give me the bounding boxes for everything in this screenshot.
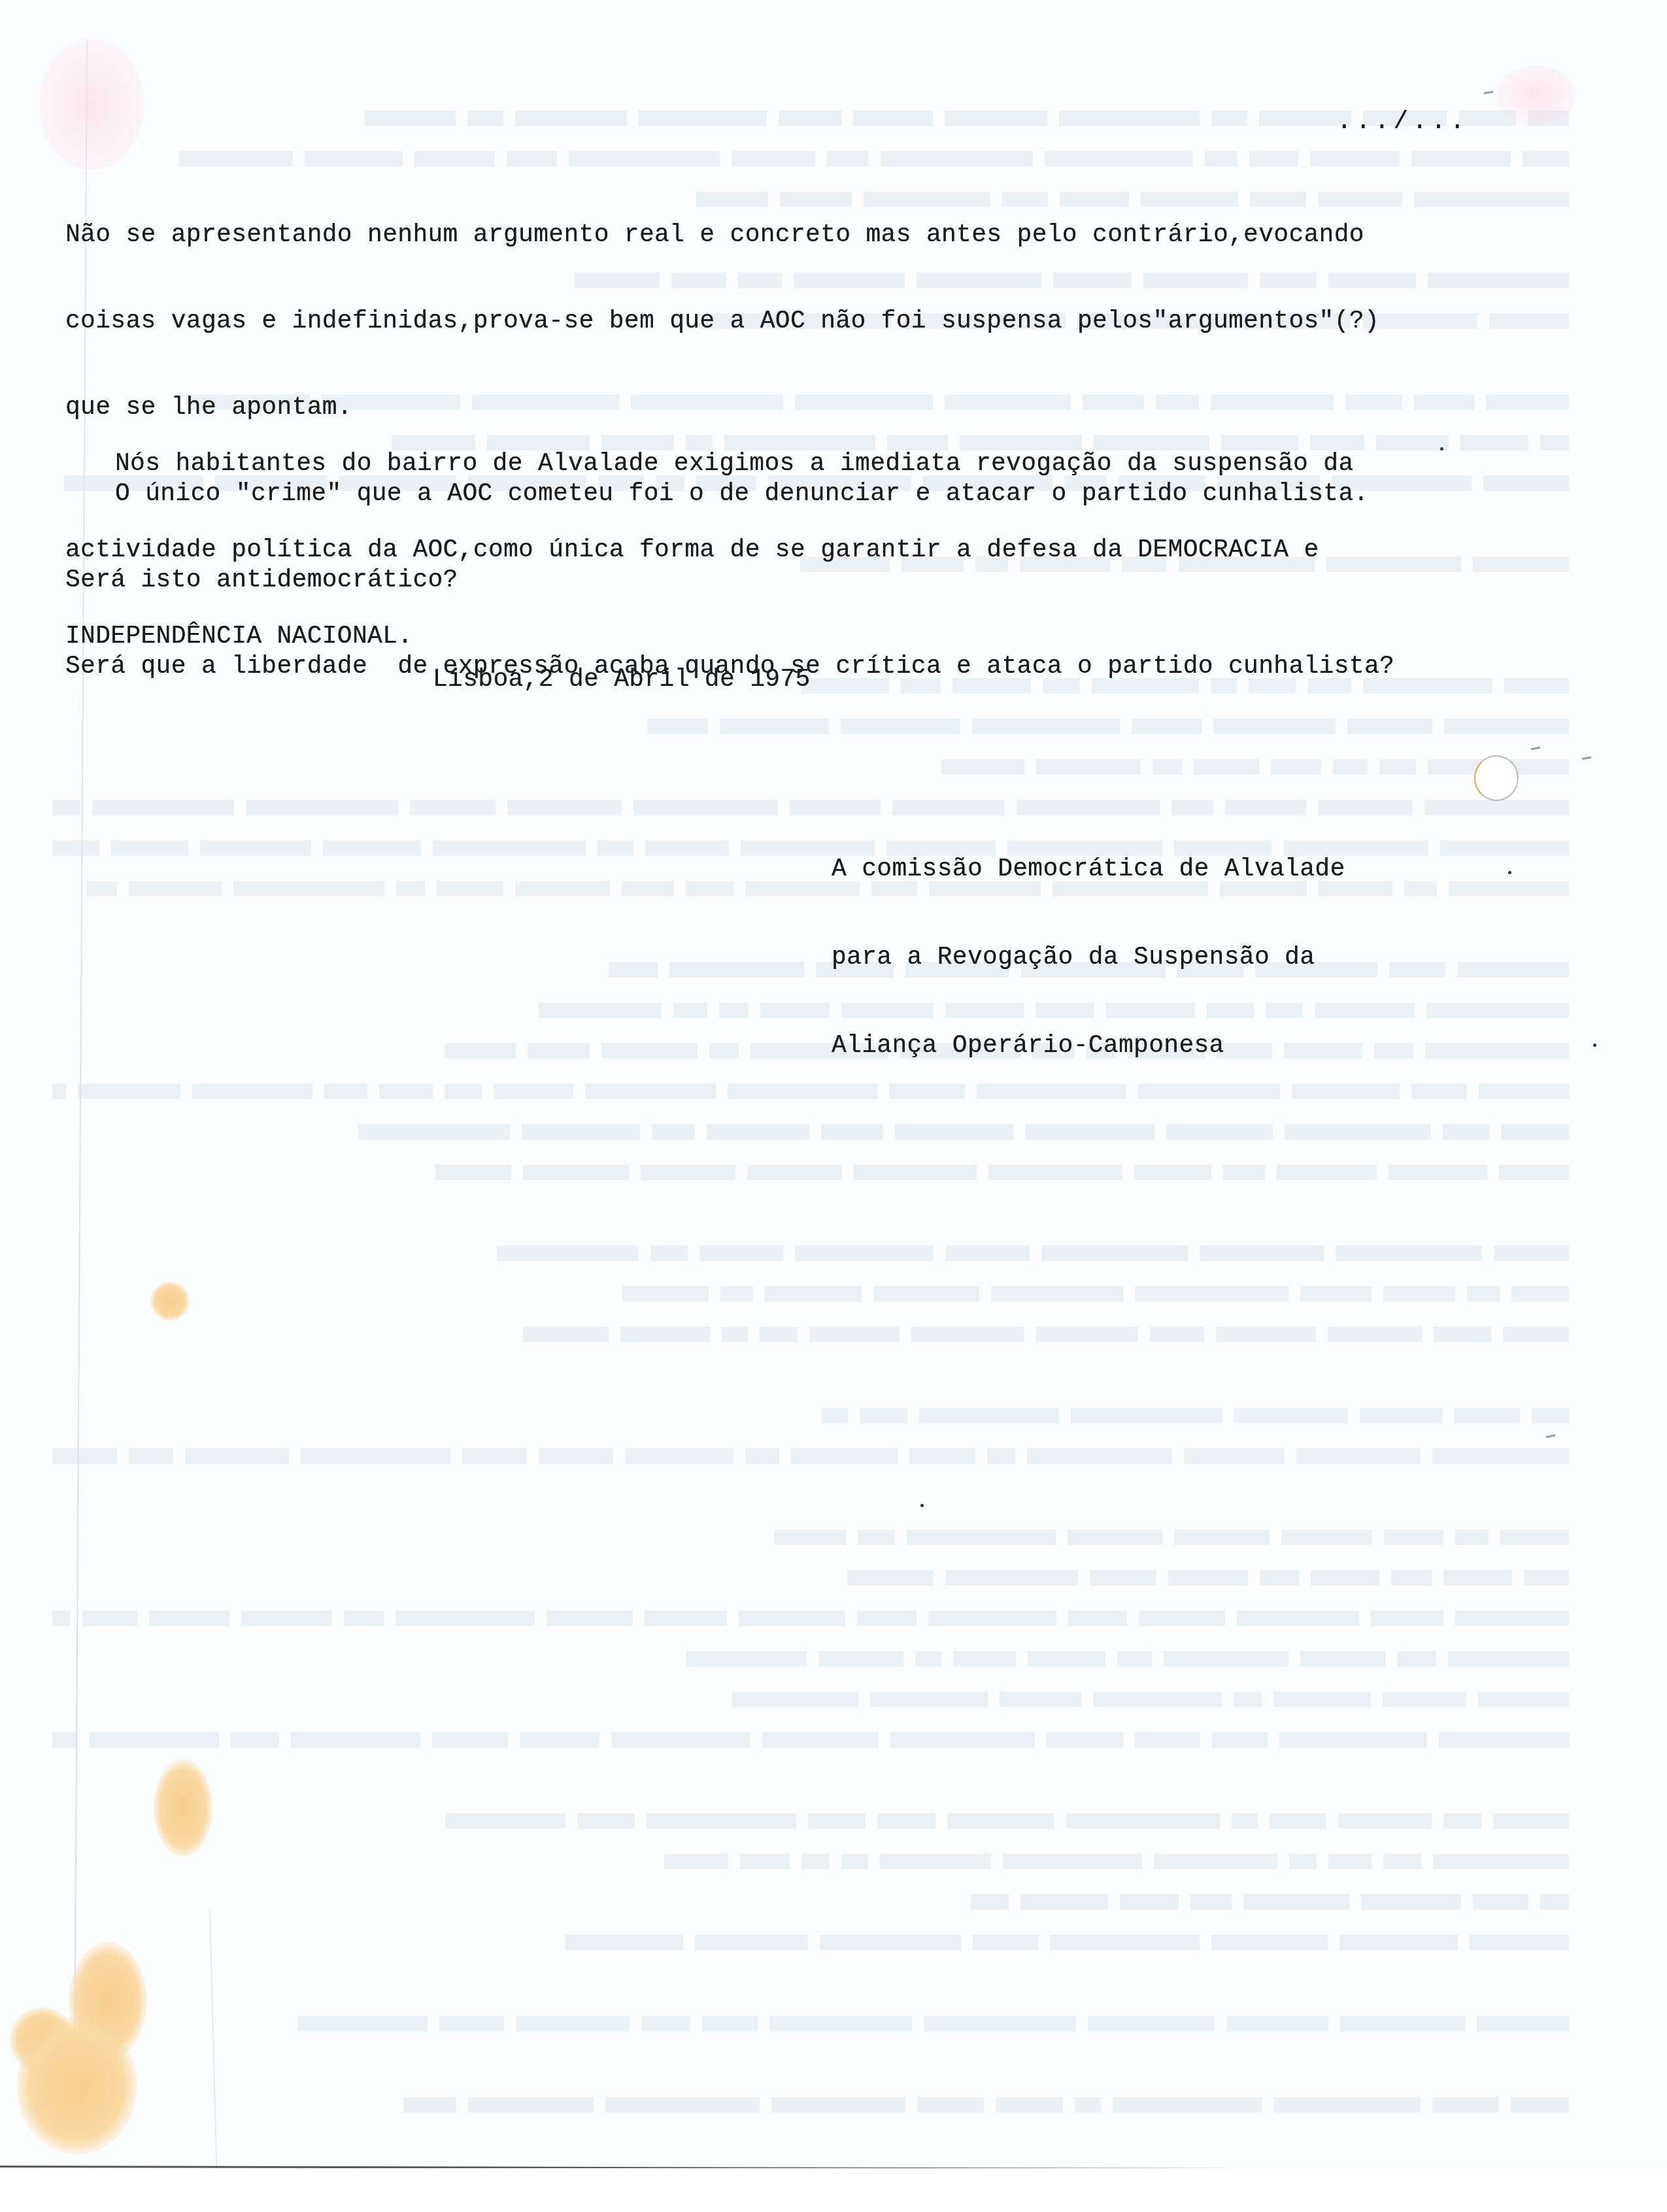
stain-blot xyxy=(16,2017,137,2154)
scan-mark xyxy=(1531,747,1540,750)
signature-line: para a Revogação da Suspensão da xyxy=(832,943,1345,972)
stain-spot xyxy=(154,1759,212,1857)
scan-mark xyxy=(1484,91,1493,94)
signature-line: Aliança Operário-Camponesa xyxy=(832,1031,1345,1061)
stain-spot xyxy=(150,1282,190,1321)
speck xyxy=(1508,871,1511,874)
text-line: actividade política da AOC,como única fo… xyxy=(65,536,1354,565)
signature-line: A comissão Democrática de Alvalade xyxy=(832,855,1345,884)
speck xyxy=(920,1504,924,1507)
signature-block: A comissão Democrática de Alvalade para … xyxy=(832,796,1345,1119)
body-paragraph-demand: Nós habitantes do bairro de Alvalade exi… xyxy=(65,392,1354,709)
text-line: coisas vagas e indefinidas,prova-se bem … xyxy=(65,307,1394,336)
fold-line xyxy=(209,1909,218,2210)
pink-smudge xyxy=(39,39,144,170)
scanner-background xyxy=(0,2168,1667,2212)
scanned-page: .../... Não se apresentando nenhum argum… xyxy=(0,0,1667,2212)
scan-mark xyxy=(1546,1435,1555,1438)
pink-smudge xyxy=(1497,65,1575,124)
speck xyxy=(1593,1044,1596,1047)
date-line: Lisboa,2 de Abril de 1975 xyxy=(433,666,811,694)
text-line: INDEPENDÊNCIA NACIONAL. xyxy=(65,622,1354,651)
scan-mark xyxy=(1582,757,1591,760)
text-line: Não se apresentando nenhum argumento rea… xyxy=(65,221,1394,250)
text-line: Nós habitantes do bairro de Alvalade exi… xyxy=(65,450,1354,479)
speck xyxy=(1440,447,1443,451)
punch-hole xyxy=(1474,755,1519,801)
page-continuation-marker: .../... xyxy=(1337,108,1469,137)
